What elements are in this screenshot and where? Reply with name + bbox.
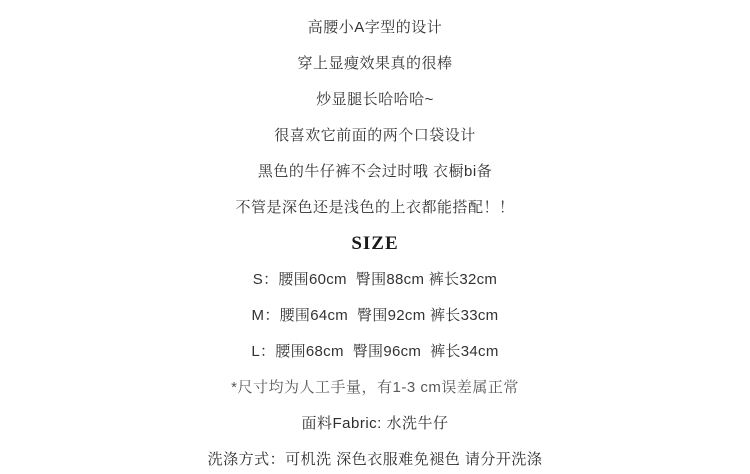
description-line-slimming: 穿上显瘦效果真的很棒: [0, 46, 750, 82]
description-line-matching: 不管是深色还是浅色的上衣都能搭配！！: [0, 190, 750, 226]
description-line-legs: 炒显腿长哈哈哈~: [0, 82, 750, 118]
size-row-l: L：腰围68cm 臀围96cm 裤长34cm: [0, 334, 750, 370]
size-row-m: M：腰围64cm 臀围92cm 裤长33cm: [0, 298, 750, 334]
size-heading: SIZE: [0, 226, 750, 262]
size-measurement-note: *尺寸均为人工手量，有1-3 cm误差属正常: [0, 370, 750, 406]
description-line-wardrobe: 黑色的牛仔裤不会过时哦 衣橱bi备: [0, 154, 750, 190]
fabric-info: 面料Fabric: 水洗牛仔: [0, 406, 750, 442]
size-row-s: S：腰围60cm 臀围88cm 裤长32cm: [0, 262, 750, 298]
description-line-design: 高腰小A字型的设计: [0, 10, 750, 46]
washing-instructions: 洗涤方式：可机洗 深色衣服难免褪色 请分开洗涤: [0, 442, 750, 474]
description-line-pockets: 很喜欢它前面的两个口袋设计: [0, 118, 750, 154]
product-description-page: 高腰小A字型的设计 穿上显瘦效果真的很棒 炒显腿长哈哈哈~ 很喜欢它前面的两个口…: [0, 0, 750, 474]
